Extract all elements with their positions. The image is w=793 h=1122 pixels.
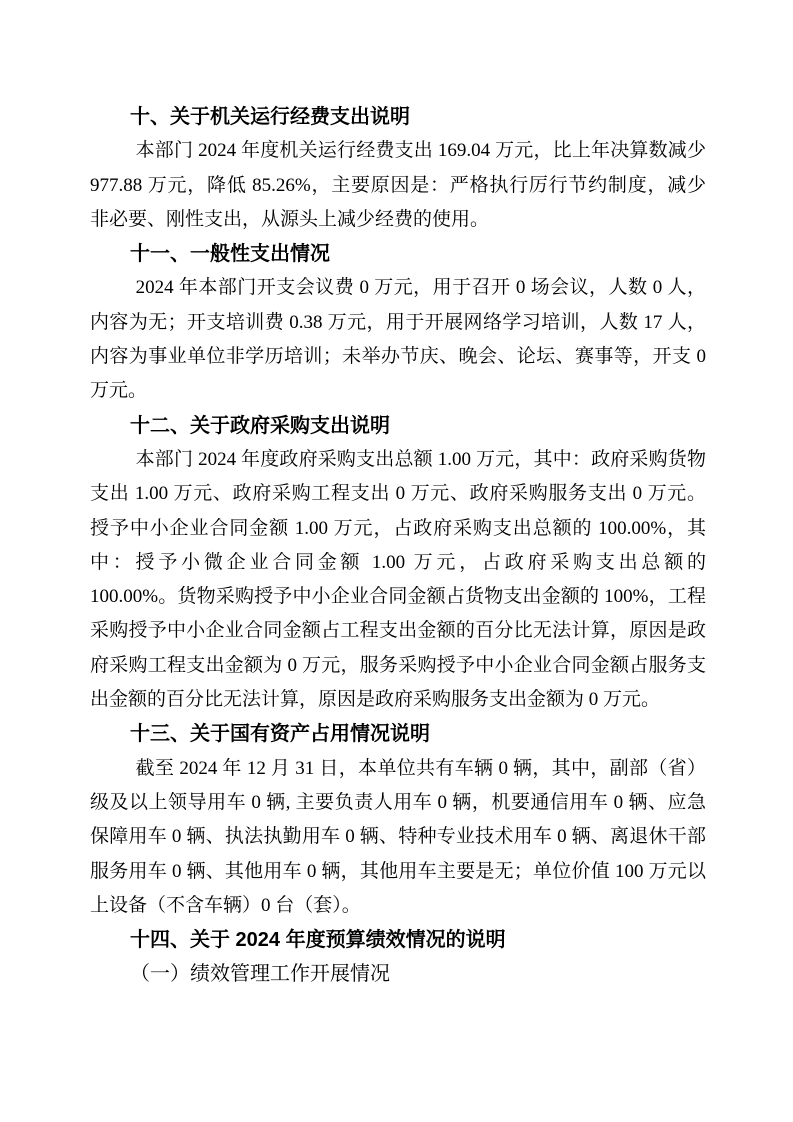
section-heading: 十、关于机关运行经费支出说明 <box>90 100 706 134</box>
text-line: 977.88 万元，降低 85.26%，主要原因是：严格执行厉行节约制度，减少 <box>90 169 706 203</box>
text-line: 截至 2024 年 12 月 31 日，本单位共有车辆 0 辆，其中，副部（省） <box>90 752 706 786</box>
text-line: 万元。 <box>90 374 706 408</box>
text-line: 采购授予中小企业合同金额占工程支出金额的百分比无法计算，原因是政 <box>90 614 706 648</box>
text-line: 内容为无；开支培训费 0.38 万元，用于开展网络学习培训，人数 17 人， <box>90 306 706 340</box>
text-line: 本部门 2024 年度政府采购支出总额 1.00 万元，其中：政府采购货物 <box>90 443 706 477</box>
section-state-owned-assets: 十三、关于国有资产占用情况说明 截至 2024 年 12 月 31 日，本单位共… <box>90 717 706 923</box>
paragraph: 本部门 2024 年度政府采购支出总额 1.00 万元，其中：政府采购货物 支出… <box>90 443 706 717</box>
paragraph: 本部门 2024 年度机关运行经费支出 169.04 万元，比上年决算数减少 9… <box>90 134 706 237</box>
text-line: 中：授予小微企业合同金额 1.00 万元，占政府采购支出总额的 <box>90 546 706 580</box>
text-line: 本部门 2024 年度机关运行经费支出 169.04 万元，比上年决算数减少 <box>90 134 706 168</box>
text-line: 内容为事业单位非学历培训；未举办节庆、晚会、论坛、赛事等，开支 0 <box>90 340 706 374</box>
section-heading: 十一、一般性支出情况 <box>90 237 706 271</box>
text-line: 非必要、刚性支出，从源头上减少经费的使用。 <box>90 203 706 237</box>
paragraph: 2024 年本部门开支会议费 0 万元，用于召开 0 场会议，人数 0 人， 内… <box>90 271 706 408</box>
section-general-expenditure: 十一、一般性支出情况 2024 年本部门开支会议费 0 万元，用于召开 0 场会… <box>90 237 706 408</box>
paragraph: 截至 2024 年 12 月 31 日，本单位共有车辆 0 辆，其中，副部（省）… <box>90 752 706 923</box>
text-line: 府采购工程支出金额为 0 万元，服务采购授予中小企业合同金额占服务支 <box>90 649 706 683</box>
text-line: 服务用车 0 辆、其他用车 0 辆，其他用车主要是无；单位价值 100 万元以 <box>90 855 706 889</box>
subsection-heading: （一）绩效管理工作开展情况 <box>90 957 706 991</box>
document-content: 十、关于机关运行经费支出说明 本部门 2024 年度机关运行经费支出 169.0… <box>90 100 706 992</box>
text-line: 授予中小企业合同金额 1.00 万元，占政府采购支出总额的 100.00%，其 <box>90 512 706 546</box>
section-office-operating-expense: 十、关于机关运行经费支出说明 本部门 2024 年度机关运行经费支出 169.0… <box>90 100 706 237</box>
text-line: 2024 年本部门开支会议费 0 万元，用于召开 0 场会议，人数 0 人， <box>90 271 706 305</box>
text-line: 上设备（不含车辆）0 台（套）。 <box>90 889 706 923</box>
text-line: 保障用车 0 辆、执法执勤用车 0 辆、特种专业技术用车 0 辆、离退休干部 <box>90 820 706 854</box>
text-line: 出金额的百分比无法计算，原因是政府采购服务支出金额为 0 万元。 <box>90 683 706 717</box>
text-line: 级及以上领导用车 0 辆, 主要负责人用车 0 辆，机要通信用车 0 辆、应急 <box>90 786 706 820</box>
section-government-procurement: 十二、关于政府采购支出说明 本部门 2024 年度政府采购支出总额 1.00 万… <box>90 409 706 718</box>
document-page: 十、关于机关运行经费支出说明 本部门 2024 年度机关运行经费支出 169.0… <box>0 0 793 1122</box>
section-heading: 十二、关于政府采购支出说明 <box>90 409 706 443</box>
section-budget-performance: 十四、关于 2024 年度预算绩效情况的说明 （一）绩效管理工作开展情况 <box>90 923 706 992</box>
section-heading: 十四、关于 2024 年度预算绩效情况的说明 <box>90 923 706 957</box>
text-line: 支出 1.00 万元、政府采购工程支出 0 万元、政府采购服务支出 0 万元。 <box>90 477 706 511</box>
text-line: 100.00%。货物采购授予中小企业合同金额占货物支出金额的 100%，工程 <box>90 580 706 614</box>
section-heading: 十三、关于国有资产占用情况说明 <box>90 717 706 751</box>
